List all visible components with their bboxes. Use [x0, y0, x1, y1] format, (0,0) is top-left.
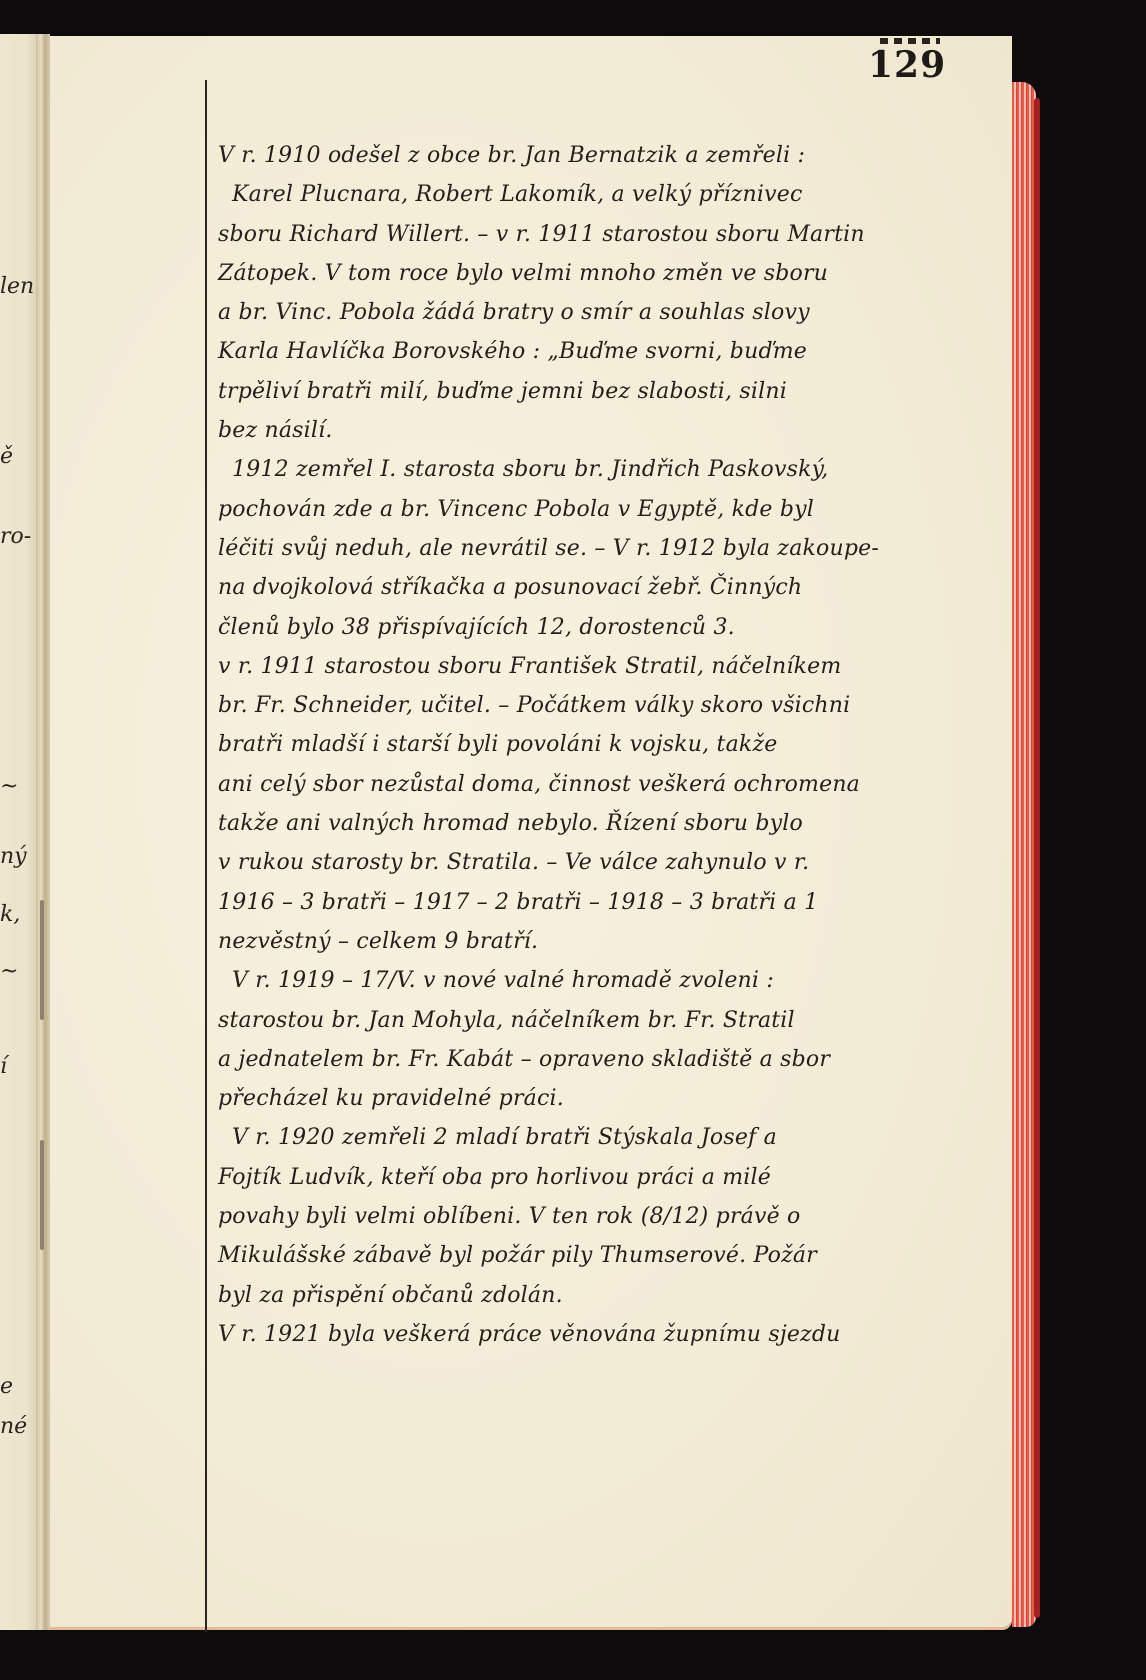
- text-line: na dvojkolová stříkačka a posunovací žeb…: [218, 568, 998, 607]
- text-line: Zátopek. V tom roce bylo velmi mnoho změ…: [218, 254, 998, 293]
- text-line: Karla Havlíčka Borovského : „Buďme svorn…: [218, 332, 998, 371]
- text-line: V r. 1919 – 17/V. v nové valné hromadě z…: [218, 961, 998, 1000]
- text-line: sboru Richard Willert. – v r. 1911 staro…: [218, 215, 998, 254]
- text-line: pochován zde a br. Vincenc Pobola v Egyp…: [218, 490, 998, 529]
- text-line: Karel Plucnara, Robert Lakomík, a velký …: [218, 175, 998, 214]
- text-line: povahy byli velmi oblíbeni. V ten rok (8…: [218, 1197, 998, 1236]
- facing-page-fragment: í: [0, 1054, 7, 1079]
- text-line: V r. 1910 odešel z obce br. Jan Bernatzi…: [218, 136, 998, 175]
- text-line: byl za přispění občanů zdolán.: [218, 1276, 998, 1315]
- text-line: Mikulášské zábavě byl požár pily Thumser…: [218, 1236, 998, 1275]
- text-line: br. Fr. Schneider, učitel. – Počátkem vá…: [218, 686, 998, 725]
- facing-page-edge: len ě ro- ~ ný k, ~ í e né: [0, 34, 38, 1630]
- text-line: léčiti svůj neduh, ale nevrátil se. – V …: [218, 529, 998, 568]
- facing-page-fragment: e: [0, 1374, 13, 1399]
- facing-page-fragment: ~: [0, 774, 18, 799]
- text-line: ani celý sbor nezůstal doma, činnost veš…: [218, 765, 998, 804]
- text-line: 1916 – 3 bratři – 1917 – 2 bratři – 1918…: [218, 883, 998, 922]
- facing-page-fragment: ~: [0, 959, 18, 984]
- red-page-edges: [1012, 82, 1036, 1627]
- book-photograph: len ě ro- ~ ný k, ~ í e né 129 V r. 1910…: [0, 0, 1146, 1680]
- facing-page-fragment: len: [0, 274, 34, 299]
- facing-page-fragment: ě: [0, 444, 13, 469]
- text-line: v rukou starosty br. Stratila. – Ve válc…: [218, 843, 998, 882]
- text-line: členů bylo 38 přispívajících 12, doroste…: [218, 608, 998, 647]
- facing-page-fragment: ro-: [0, 524, 31, 549]
- text-line: starostou br. Jan Mohyla, náčelníkem br.…: [218, 1001, 998, 1040]
- text-line: přecházel ku pravidelné práci.: [218, 1079, 998, 1118]
- handwritten-text: V r. 1910 odešel z obce br. Jan Bernatzi…: [218, 136, 998, 1354]
- text-line: Fojtík Ludvík, kteří oba pro horlivou pr…: [218, 1158, 998, 1197]
- text-line: V r. 1920 zemřeli 2 mladí bratři Stýskal…: [218, 1118, 998, 1157]
- text-line: 1912 zemřel I. starosta sboru br. Jindři…: [218, 450, 998, 489]
- binding-thread: [40, 1140, 44, 1250]
- text-line: v r. 1911 starostou sboru František Stra…: [218, 647, 998, 686]
- text-line: trpěliví bratři milí, buďme jemni bez sl…: [218, 372, 998, 411]
- text-line: takže ani valných hromad nebylo. Řízení …: [218, 804, 998, 843]
- margin-rule: [205, 80, 207, 1632]
- facing-page-fragment: ný: [0, 844, 27, 869]
- text-line: bez násilí.: [218, 411, 998, 450]
- text-line: a jednatelem br. Fr. Kabát – opraveno sk…: [218, 1040, 998, 1079]
- text-line: V r. 1921 byla veškerá práce věnována žu…: [218, 1315, 998, 1354]
- binding-thread: [40, 900, 44, 1020]
- book-gutter: [36, 34, 50, 1630]
- facing-page-fragment: k,: [0, 902, 20, 927]
- text-line: nezvěstný – celkem 9 bratří.: [218, 922, 998, 961]
- facing-page-fragment: né: [0, 1414, 27, 1439]
- text-line: a br. Vinc. Pobola žádá bratry o smír a …: [218, 293, 998, 332]
- page-number: 129: [868, 44, 946, 86]
- text-line: bratři mladší i starší byli povoláni k v…: [218, 725, 998, 764]
